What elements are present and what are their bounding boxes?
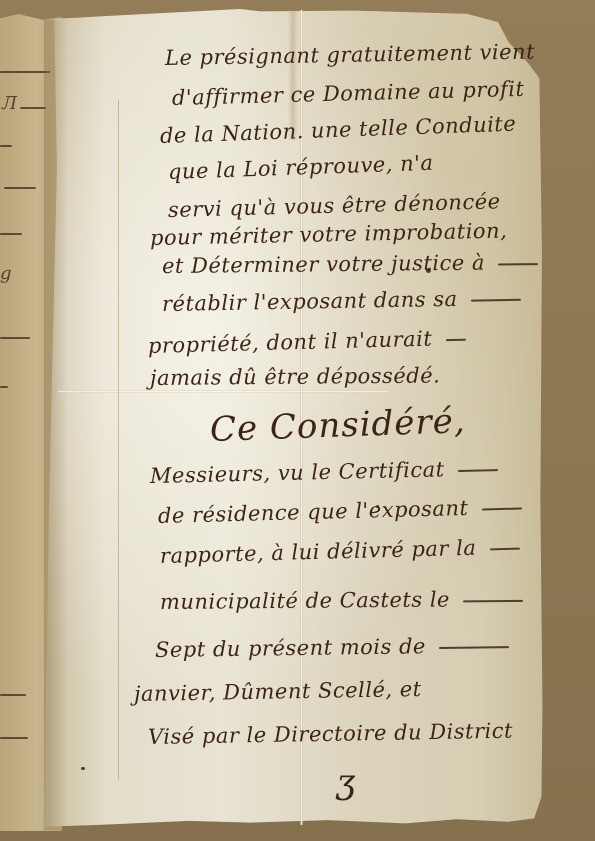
line-filler xyxy=(489,547,519,550)
line-filler xyxy=(439,646,509,649)
ink-glyph: Л xyxy=(2,93,17,114)
crease xyxy=(118,100,119,780)
ink-stroke xyxy=(4,187,36,189)
ink-stroke xyxy=(0,71,50,73)
ink-stroke xyxy=(0,386,8,388)
line-filler xyxy=(471,298,521,301)
line-text: janvier, Dûment Scellé, et xyxy=(134,677,422,706)
horizontal-fold xyxy=(58,390,388,393)
line-text: et Déterminer votre justice à xyxy=(162,251,485,278)
paper-hole xyxy=(81,767,85,770)
text-line: janvier, Dûment Scellé, et xyxy=(134,677,422,706)
line-filler xyxy=(498,263,538,265)
line-text: Sept du présent mois de xyxy=(155,634,426,662)
ink-stroke xyxy=(0,145,12,147)
ink-stroke xyxy=(0,337,30,339)
flourish-glyph: ʒ xyxy=(336,762,355,802)
ink-glyph: g xyxy=(0,263,12,284)
ink-stroke xyxy=(0,694,26,696)
line-filler xyxy=(482,507,522,510)
text-line: municipalité de Castets le xyxy=(160,587,523,614)
text-line: jamais dû être dépossédé. xyxy=(150,363,440,390)
page-turn-flourish-icon: ʒ xyxy=(336,762,355,802)
line-text: jamais dû être dépossédé. xyxy=(150,363,440,390)
line-filler xyxy=(445,338,465,341)
line-filler xyxy=(463,599,523,602)
line-text: municipalité de Castets le xyxy=(160,587,450,614)
ink-stroke xyxy=(0,233,22,235)
document-photo: Л g Le présignant gratuitement vient d'a… xyxy=(0,0,595,841)
text-line: Sept du présent mois de xyxy=(155,633,509,662)
ink-stroke xyxy=(20,107,46,109)
line-filler xyxy=(458,469,498,472)
text-line: et Déterminer votre justice à xyxy=(162,250,538,278)
ink-stroke xyxy=(0,737,28,739)
